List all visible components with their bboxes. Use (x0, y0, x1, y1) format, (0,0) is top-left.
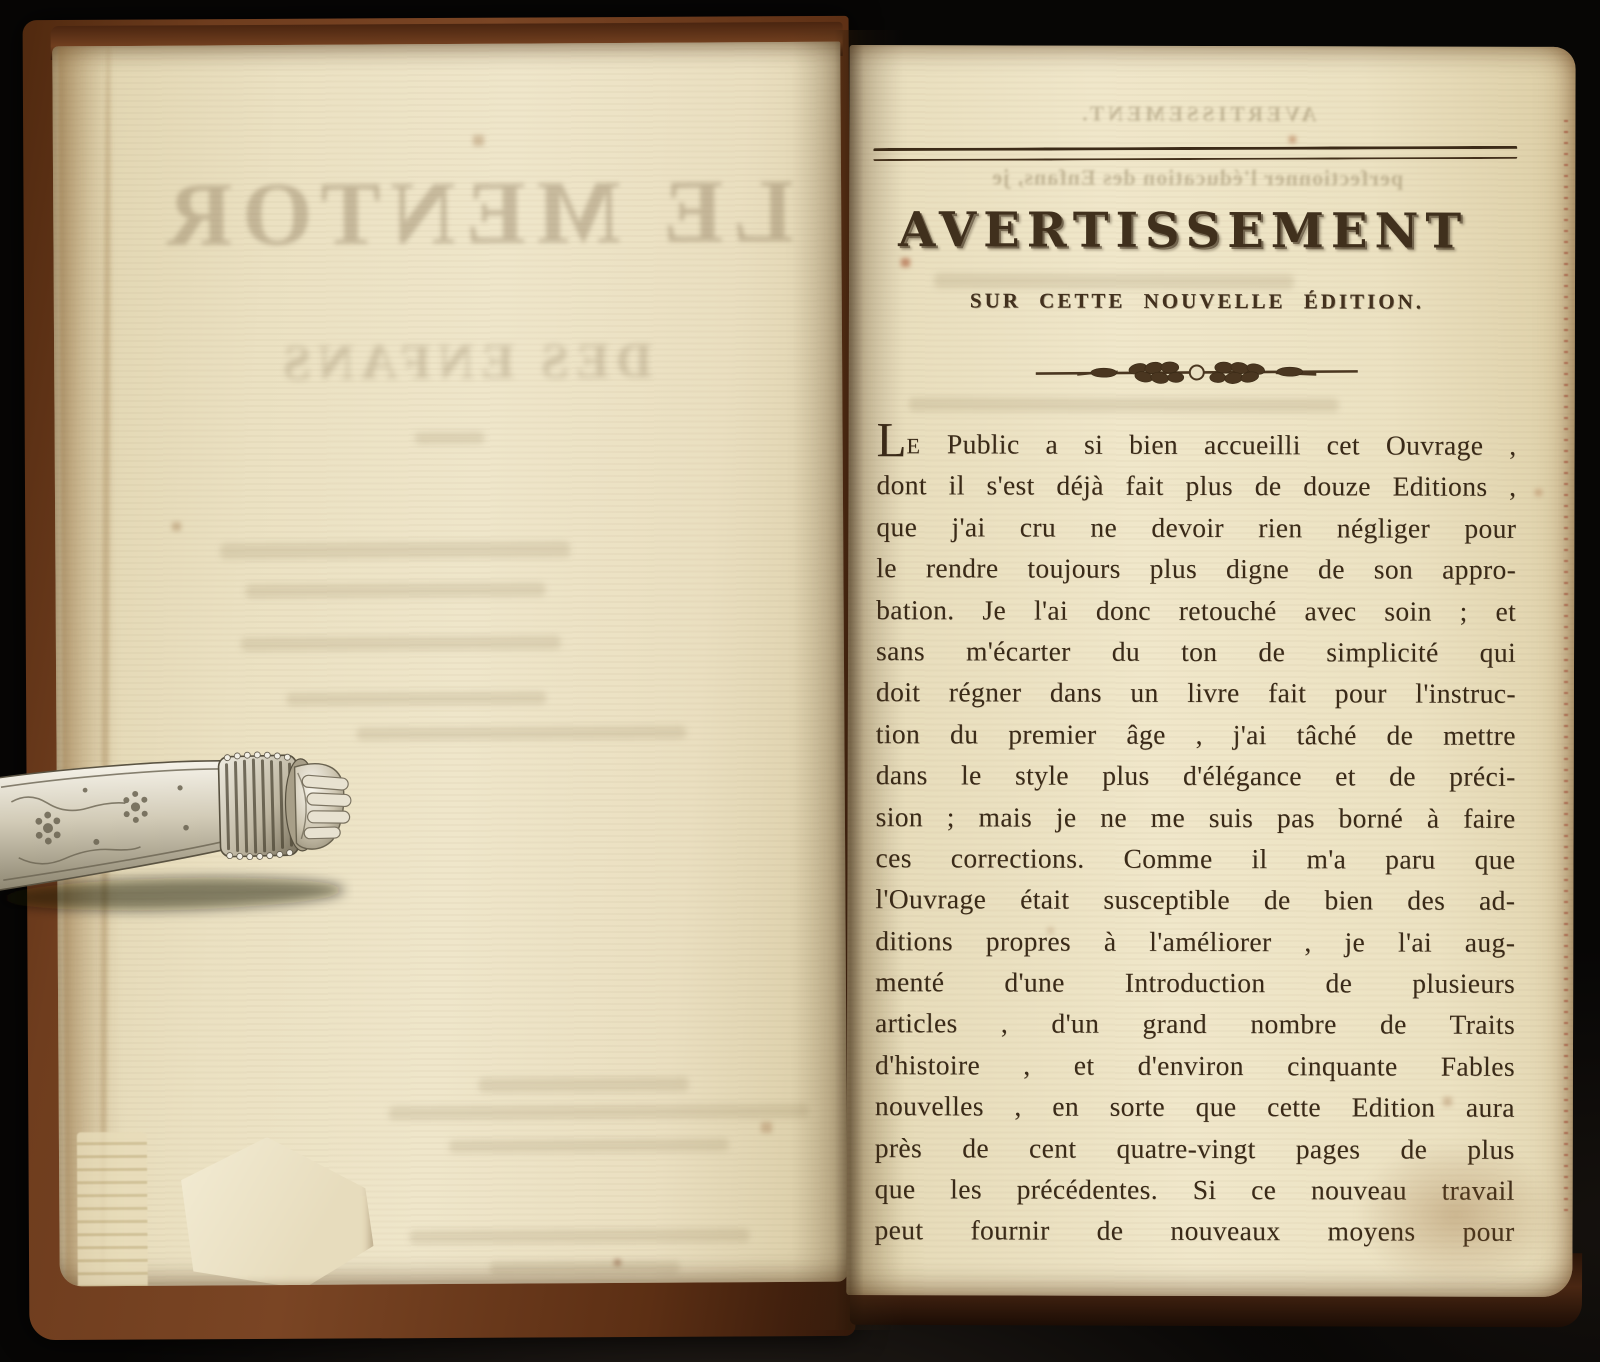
text-line: l'Ouvrage était susceptible de bien des … (875, 878, 1515, 921)
water-stain (58, 46, 124, 1286)
paragraph: LE Public a si bien accueilli cet Ouvrag… (874, 423, 1516, 1252)
text-line: dont il s'est déjà fait plus de douze Ed… (876, 465, 1516, 508)
bookmark-blade (0, 760, 229, 890)
text-line: articles , d'un grand nombre de Traits (875, 1003, 1515, 1046)
page-title: AVERTISSEMENT (863, 201, 1503, 261)
ghost-bar (934, 273, 1294, 289)
ghost-bar (246, 582, 546, 598)
text-line: bation. Je l'ai donc retouché avec soin … (876, 589, 1516, 632)
text-line: menté d'une Introduction de plusieurs (875, 961, 1515, 1004)
text-line: tion du premier âge , j'ai tâché de mett… (876, 713, 1516, 756)
small-cap: E (906, 433, 921, 458)
ghost-bar (389, 1104, 809, 1121)
bookmark-clip (0, 724, 354, 929)
text-line: LE Public a si bien accueilli cet Ouvrag… (877, 423, 1517, 466)
ghost-title-des-enfans: DES ENFANS (224, 330, 704, 391)
ghost-title-le-mentor: LE MENTOR (173, 160, 794, 267)
bleedthrough-line: perfectionner l'éducation des Enfans, je (877, 164, 1517, 192)
bookmark-hand (284, 758, 352, 852)
ghost-bar (286, 691, 546, 706)
torn-paper-edge (177, 1136, 374, 1286)
page-edge-speckles (1564, 120, 1568, 1220)
bleedthrough-header: AVERTISSEMENT. (877, 101, 1517, 128)
text-line: sion ; mais je ne me suis pas borné à fa… (876, 796, 1516, 839)
ghost-bar (409, 1228, 749, 1244)
right-page: AVERTISSEMENT. perfectionner l'éducation… (846, 45, 1575, 1297)
text-line: nouvelles , en sorte que cette Edition a… (875, 1085, 1515, 1128)
ghost-bar (356, 726, 686, 741)
ghost-bar (241, 635, 561, 651)
ghost-bar (415, 432, 485, 444)
page-subtitle: SUR CETTE NOUVELLE ÉDITION. (877, 288, 1517, 315)
ghost-bar (490, 1261, 680, 1275)
ghost-bar (220, 541, 570, 559)
foxing-spots (0, 0, 1, 1)
left-page: LE MENTOR DES ENFANS (52, 42, 848, 1287)
first-line-text: Public a si bien accueilli cet Ouvrage , (921, 428, 1517, 461)
fleuron-ornament-icon (1032, 352, 1362, 395)
text-line: le rendre toujours plus digne de son app… (876, 547, 1516, 590)
ghost-bar (479, 1077, 689, 1093)
text-line: que j'ai cru ne devoir rien négliger pou… (876, 506, 1516, 549)
double-rule (873, 146, 1517, 161)
text-line: doit régner dans un livre fait pour l'in… (876, 671, 1516, 714)
text-line: d'histoire , et d'environ cinquante Fabl… (875, 1044, 1515, 1087)
text-line: ditions propres à l'améliorer , je l'ai … (875, 920, 1515, 963)
text-line: dans le style plus d'élégance et de préc… (876, 754, 1516, 797)
ghost-bar (449, 1138, 729, 1153)
ghost-bar (909, 397, 1339, 412)
corner-stain (1356, 1140, 1556, 1290)
page-edge-stack (77, 1132, 148, 1287)
text-line: ces corrections. Comme il m'a paru que (875, 837, 1515, 880)
text-line: sans m'écarter du ton de simplicité qui (876, 630, 1516, 673)
drop-cap: L (877, 412, 907, 467)
photo-scene: LE MENTOR DES ENFANS AVERTISSEMENT. perf… (0, 0, 1600, 1362)
